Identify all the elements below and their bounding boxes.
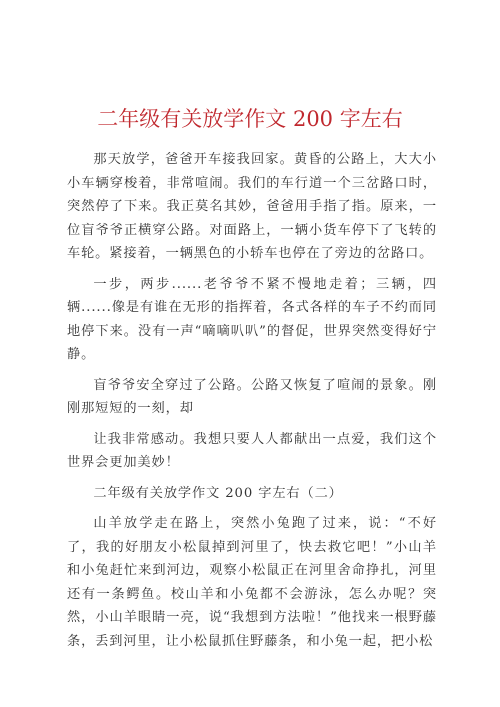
paragraph-3: 盲爷爷安全穿过了公路。公路又恢复了喧闹的景象。刚刚那短短的一刻，却 bbox=[67, 374, 437, 421]
paragraph-2: 一步，两步......老爷爷不紧不慢地走着；三辆，四辆......像是有谁在无形… bbox=[67, 273, 437, 367]
paragraph-4: 让我非常感动。我想只要人人都献出一点爱，我们这个世界会更加美妙！ bbox=[67, 428, 437, 475]
document-title: 二年级有关放学作文 200 字左右 bbox=[0, 104, 500, 134]
document-body: 那天放学，爸爸开车接我回家。黄昏的公路上，大大小小车辆穿梭着，非常喧闹。我们的车… bbox=[67, 148, 437, 660]
paragraph-5: 山羊放学走在路上，突然小兔跑了过来，说：“不好了，我的好朋友小松鼠掉到河里了，快… bbox=[67, 512, 437, 653]
section-heading-2: 二年级有关放学作文 200 字左右（二） bbox=[67, 482, 437, 506]
paragraph-1: 那天放学，爸爸开车接我回家。黄昏的公路上，大大小小车辆穿梭着，非常喧闹。我们的车… bbox=[67, 148, 437, 266]
document-page: 二年级有关放学作文 200 字左右 那天放学，爸爸开车接我回家。黄昏的公路上，大… bbox=[0, 0, 500, 707]
